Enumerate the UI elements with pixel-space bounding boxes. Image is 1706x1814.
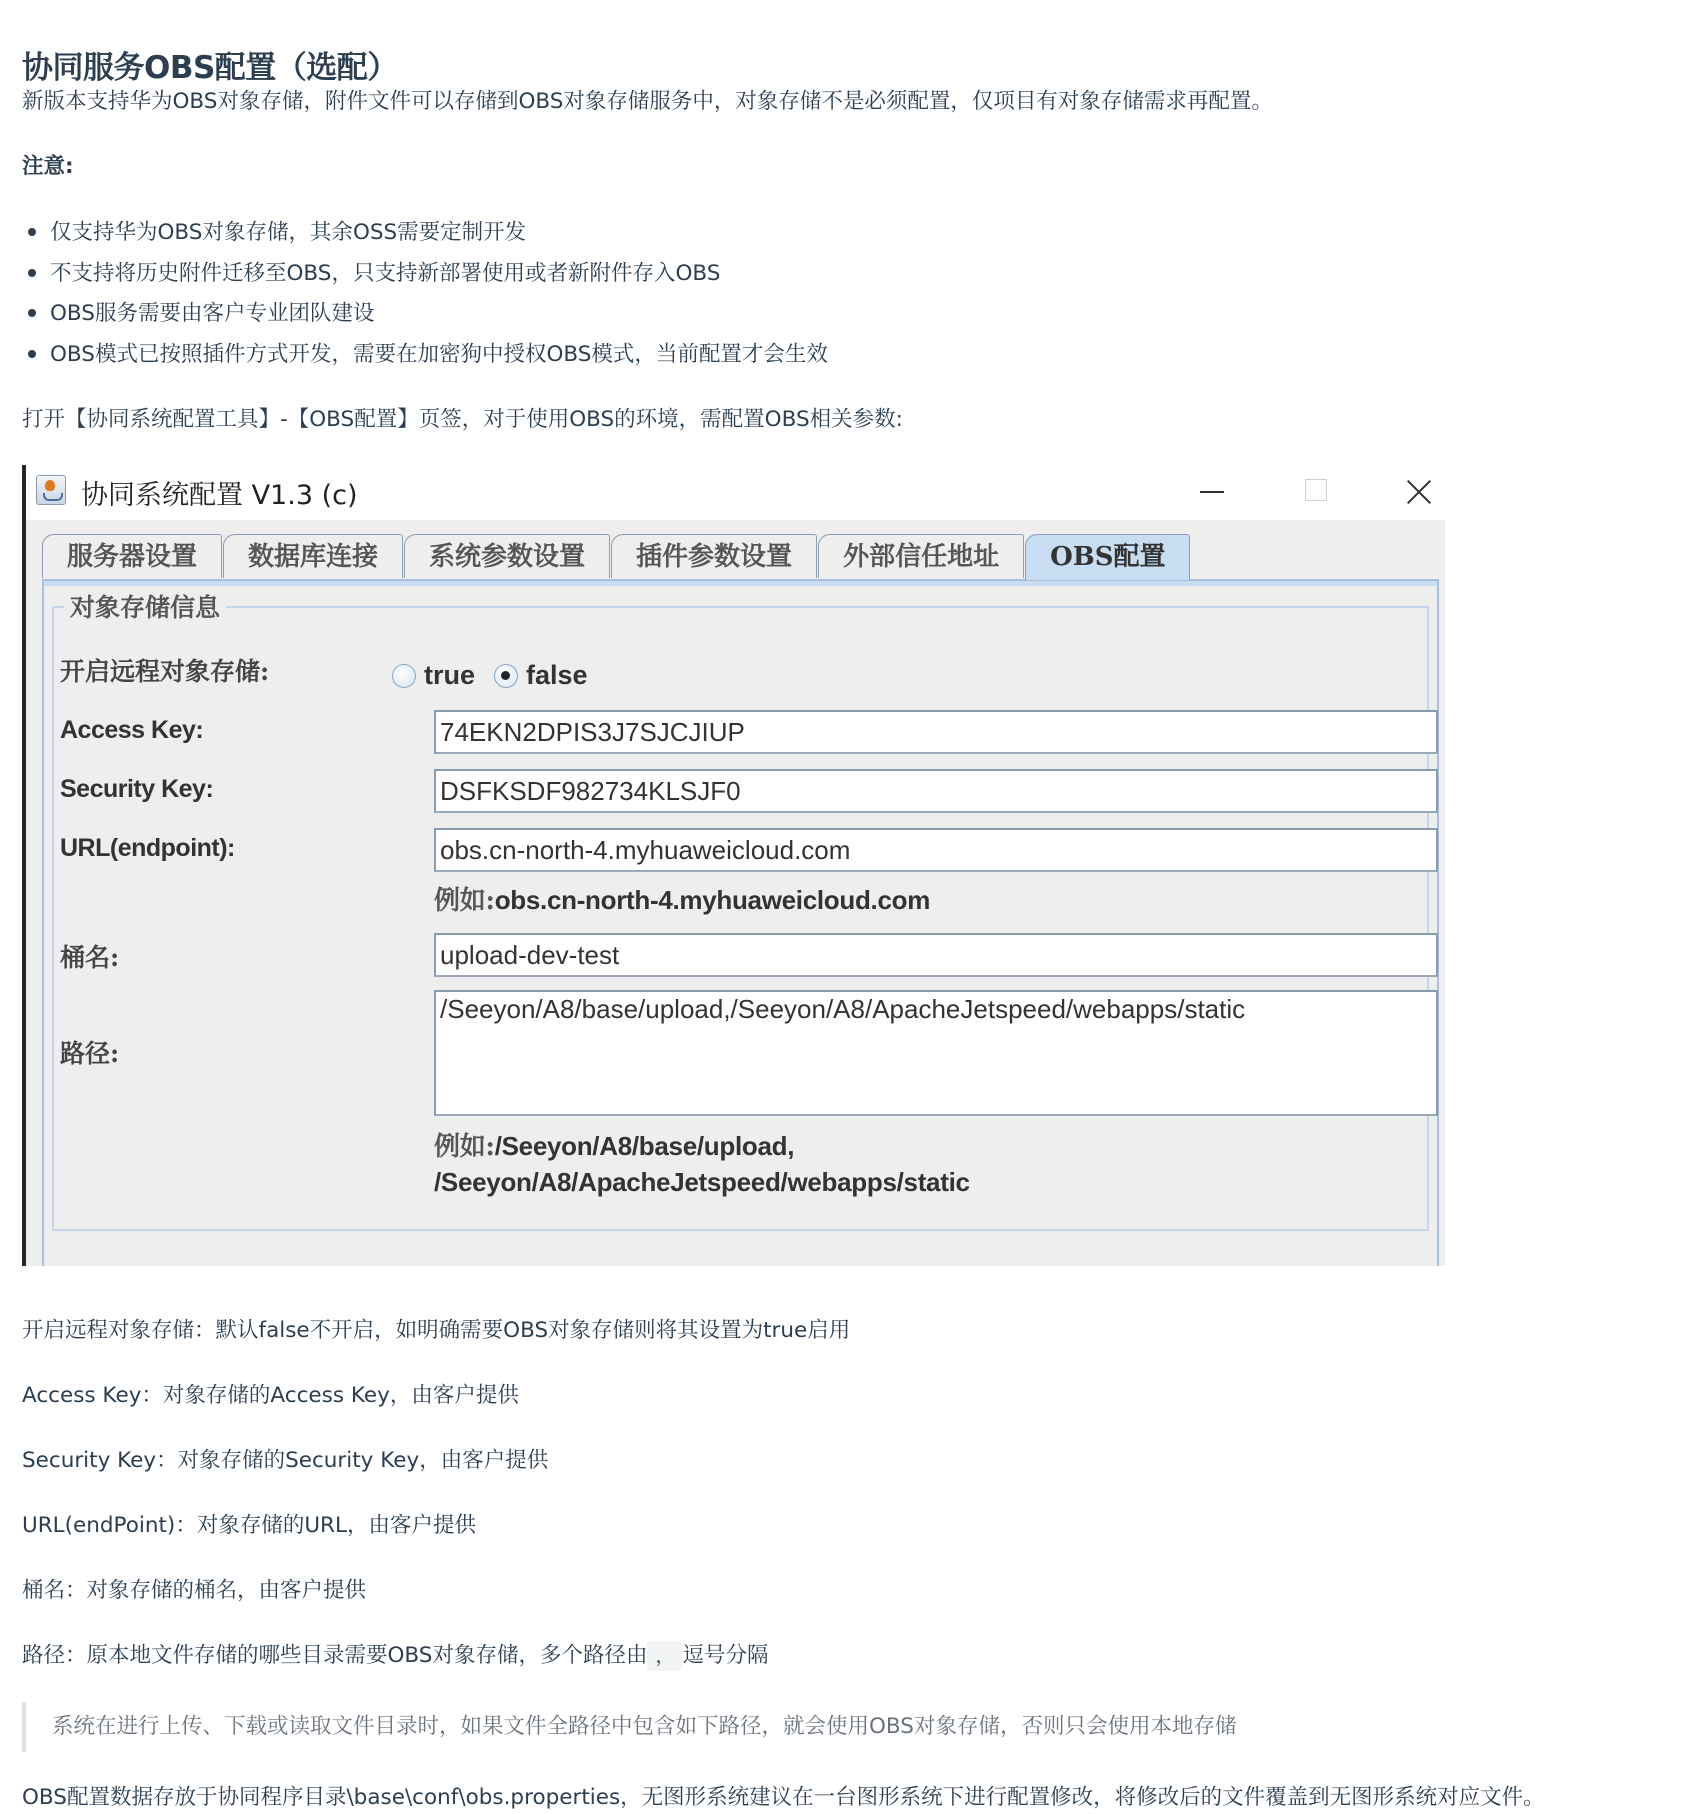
group-title: 对象存储信息 bbox=[64, 588, 226, 624]
window-title: 协同系统配置 V1.3 (c) bbox=[81, 473, 358, 512]
notice-label: 注意: bbox=[22, 152, 74, 182]
explain-security-key: Security Key：对象存储的Security Key，由客户提供 bbox=[22, 1446, 548, 1476]
footer-note: OBS配置数据存放于协同程序目录\base\conf\obs.propertie… bbox=[22, 1783, 1545, 1813]
security-key-label: Security Key: bbox=[60, 775, 213, 804]
storage-info-group: 对象存储信息 开启远程对象存储: true false Access Key: … bbox=[52, 606, 1429, 1231]
path-label: 路径: bbox=[60, 1034, 119, 1070]
tab-plugin-parameters[interactable]: 插件参数设置 bbox=[611, 534, 817, 578]
tab-server-settings[interactable]: 服务器设置 bbox=[42, 534, 222, 578]
security-key-field[interactable]: DSFKSDF982734KLSJF0 bbox=[434, 769, 1438, 813]
bullet-icon bbox=[28, 309, 36, 317]
blockquote-note: 系统在进行上传、下载或读取文件目录时，如果文件全路径中包含如下路径，就会使用OB… bbox=[22, 1702, 1236, 1752]
open-instruction: 打开【协同系统配置工具】-【OBS配置】页签，对于使用OBS的环境，需配置OBS… bbox=[22, 405, 903, 435]
tab-database-connection[interactable]: 数据库连接 bbox=[223, 534, 403, 578]
page-title: 协同服务OBS配置（选配） bbox=[22, 42, 398, 87]
bullet-icon bbox=[28, 228, 36, 236]
maximize-icon[interactable] bbox=[1296, 475, 1336, 507]
list-item: OBS服务需要由客户专业团队建设 bbox=[22, 299, 374, 329]
explain-access-key: Access Key：对象存储的Access Key，由客户提供 bbox=[22, 1381, 519, 1411]
window-client-area: 服务器设置 数据库连接 系统参数设置 插件参数设置 外部信任地址 OBS配置 对… bbox=[26, 520, 1445, 1266]
bullet-icon bbox=[28, 269, 36, 277]
url-field[interactable]: obs.cn-north-4.myhuaweicloud.com bbox=[434, 828, 1438, 872]
path-hint-line1: 例如:/Seeyon/A8/base/upload, bbox=[434, 1126, 794, 1163]
remote-storage-label: 开启远程对象存储: bbox=[60, 652, 269, 688]
list-item: OBS模式已按照插件方式开发，需要在加密狗中授权OBS模式，当前配置才会生效 bbox=[22, 340, 828, 370]
obs-config-panel: 对象存储信息 开启远程对象存储: true false Access Key: … bbox=[42, 579, 1439, 1266]
tab-trusted-addresses[interactable]: 外部信任地址 bbox=[818, 534, 1024, 578]
radio-false[interactable]: false bbox=[494, 660, 588, 691]
list-item: 仅支持华为OBS对象存储，其余OSS需要定制开发 bbox=[22, 218, 526, 248]
url-label: URL(endpoint): bbox=[60, 834, 235, 863]
radio-checked-icon[interactable] bbox=[494, 664, 518, 688]
access-key-label: Access Key: bbox=[60, 716, 203, 745]
minimize-icon[interactable] bbox=[1192, 475, 1232, 507]
path-textarea[interactable]: /Seeyon/A8/base/upload,/Seeyon/A8/Apache… bbox=[434, 990, 1438, 1116]
explain-remote: 开启远程对象存储：默认false不开启，如明确需要OBS对象存储则将其设置为tr… bbox=[22, 1316, 850, 1346]
tab-bar: 服务器设置 数据库连接 系统参数设置 插件参数设置 外部信任地址 OBS配置 bbox=[42, 534, 1191, 580]
path-hint-line2: /Seeyon/A8/ApacheJetspeed/webapps/static bbox=[434, 1167, 970, 1198]
tab-system-parameters[interactable]: 系统参数设置 bbox=[404, 534, 610, 578]
radio-unchecked-icon[interactable] bbox=[392, 664, 416, 688]
window-titlebar: 协同系统配置 V1.3 (c) bbox=[26, 465, 1453, 520]
explain-path: 路径：原本地文件存储的哪些目录需要OBS对象存储，多个路径由，逗号分隔 bbox=[22, 1641, 768, 1671]
config-window-screenshot: 协同系统配置 V1.3 (c) 服务器设置 数据库连接 系统参数设置 插件参数设… bbox=[22, 465, 1453, 1266]
list-item: 不支持将历史附件迁移至OBS，只支持新部署使用或者新附件存入OBS bbox=[22, 259, 720, 289]
tab-obs-config[interactable]: OBS配置 bbox=[1025, 534, 1190, 580]
java-coffee-icon bbox=[36, 475, 66, 505]
close-icon[interactable] bbox=[1399, 475, 1439, 507]
bullet-icon bbox=[28, 350, 36, 358]
bucket-label: 桶名: bbox=[60, 938, 119, 974]
bucket-field[interactable]: upload-dev-test bbox=[434, 933, 1438, 977]
radio-true[interactable]: true bbox=[392, 660, 475, 691]
explain-url: URL(endPoint)：对象存储的URL，由客户提供 bbox=[22, 1511, 476, 1541]
intro-paragraph: 新版本支持华为OBS对象存储，附件文件可以存储到OBS对象存储服务中，对象存储不… bbox=[22, 87, 1273, 117]
url-hint: 例如:obs.cn-north-4.myhuaweicloud.com bbox=[434, 880, 930, 917]
access-key-field[interactable]: 74EKN2DPIS3J7SJCJIUP bbox=[434, 710, 1438, 754]
inline-code-comma: ， bbox=[647, 1641, 682, 1671]
explain-bucket: 桶名：对象存储的桶名，由客户提供 bbox=[22, 1576, 366, 1606]
